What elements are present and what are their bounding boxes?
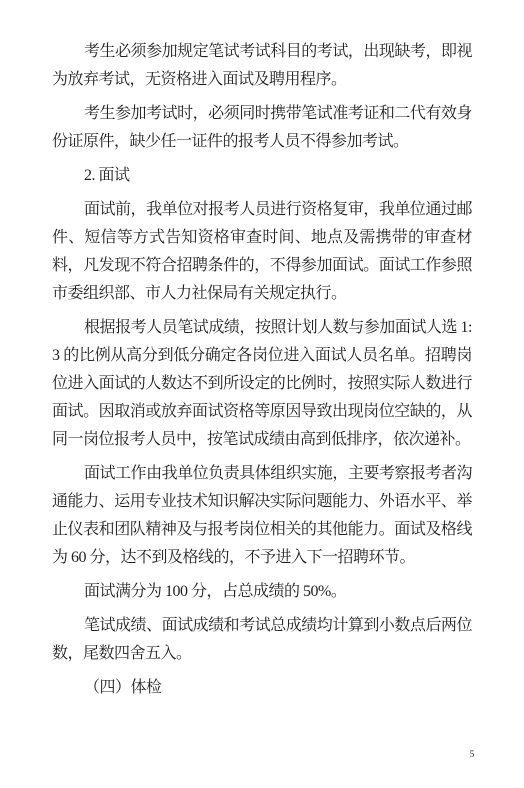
paragraph-score-rounding: 笔试成绩、面试成绩和考试总成绩均计算到小数点后两位数，尾数四舍五入。	[52, 612, 472, 668]
section-heading-physical-exam: （四）体检	[52, 674, 472, 702]
paragraph-exam-id-requirements: 考生参加考试时，必须同时携带笔试准考证和二代有效身份证原件，缺少任一证件的报考人…	[52, 100, 472, 156]
paragraph-interview-score-weight: 面试满分为 100 分，占总成绩的 50%。	[52, 578, 472, 606]
page-number: 5	[466, 748, 478, 760]
paragraph-qualification-review: 面试前，我单位对报考人员进行资格复审，我单位通过邮件、短信等方式告知资格审查时间…	[52, 196, 472, 308]
section-heading-interview: 2. 面试	[52, 162, 472, 190]
paragraph-interview-organization: 面试工作由我单位负责具体组织实施，主要考察报考者沟通能力、运用专业技术知识解决实…	[52, 460, 472, 572]
paragraph-written-exam-absence: 考生必须参加规定笔试考试科目的考试，出现缺考，即视为放弃考试，无资格进入面试及聘…	[52, 38, 472, 94]
paragraph-interview-ratio: 根据报考人员笔试成绩，按照计划人数与参加面试人选 1:3 的比例从高分到低分确定…	[52, 314, 472, 454]
document-page: 考生必须参加规定笔试考试科目的考试，出现缺考，即视为放弃考试，无资格进入面试及聘…	[0, 0, 524, 788]
document-body: 考生必须参加规定笔试考试科目的考试，出现缺考，即视为放弃考试，无资格进入面试及聘…	[52, 38, 472, 708]
